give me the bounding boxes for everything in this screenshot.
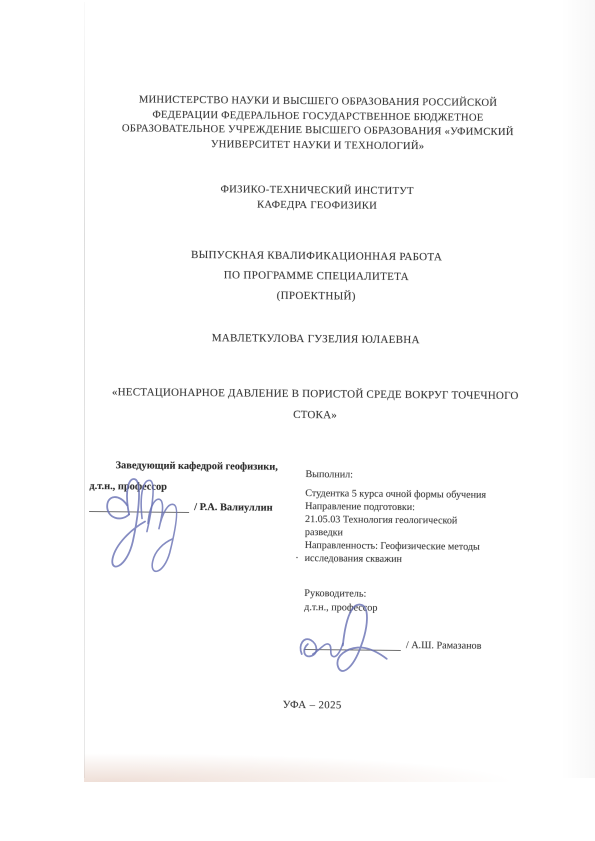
supervisor-block: Руководитель: д.т.н., профессор / А.Ш. Р…	[304, 588, 540, 652]
signature-line	[304, 648, 401, 651]
supervisor-degree: д.т.н., профессор	[304, 602, 539, 615]
scanned-title-page: МИНИСТЕРСТВО НАУКИ И ВЫСШЕГО ОБРАЗОВАНИЯ…	[0, 0, 595, 841]
ministry-header: МИНИСТЕРСТВО НАУКИ И ВЫСШЕГО ОБРАЗОВАНИЯ…	[58, 93, 579, 156]
work-type-block: ВЫПУСКНАЯ КВАЛИФИКАЦИОННАЯ РАБОТА ПО ПРО…	[56, 244, 577, 309]
approval-block: Заведующий кафедрой геофизики, д.т.н., п…	[89, 460, 309, 514]
institute-block: ФИЗИКО-ТЕХНИЧЕСКИЙ ИНСТИТУТ КАФЕДРА ГЕОФ…	[57, 181, 577, 216]
performer-profile-wrap: исследования скважин	[305, 553, 540, 568]
approver-signature-name: / Р.А. Валиуллин	[189, 502, 273, 514]
performer-label: Выполнил:	[305, 469, 540, 482]
performer-details: Студентка 5 курса очной формы обучения Н…	[305, 487, 541, 568]
signature-line	[89, 510, 189, 513]
supervisor-label: Руководитель:	[304, 588, 539, 601]
approver-position: Заведующий кафедрой геофизики,	[90, 460, 310, 473]
performer-block: Выполнил: Студентка 5 курса очной формы …	[305, 469, 541, 568]
project-kind: (ПРОЕКТНЫЙ)	[56, 284, 576, 309]
approver-signature-row: / Р.А. Валиуллин	[89, 501, 309, 514]
supervisor-signature-name: / А.Ш. Рамазанов	[401, 640, 482, 652]
author-name: МАВЛЕТКУЛОВА ГУЗЕЛИЯ ЮЛАЕВНА	[56, 331, 576, 348]
stray-scan-mark: .	[296, 549, 299, 561]
thesis-title: «НЕСТАЦИОНАРНОЕ ДАВЛЕНИЕ В ПОРИСТОЙ СРЕД…	[55, 382, 575, 428]
city-year: УФА – 2025	[52, 697, 572, 714]
approver-degree: д.т.н., профессор	[89, 481, 309, 494]
supervisor-signature-row: / А.Ш. Рамазанов	[304, 639, 539, 652]
